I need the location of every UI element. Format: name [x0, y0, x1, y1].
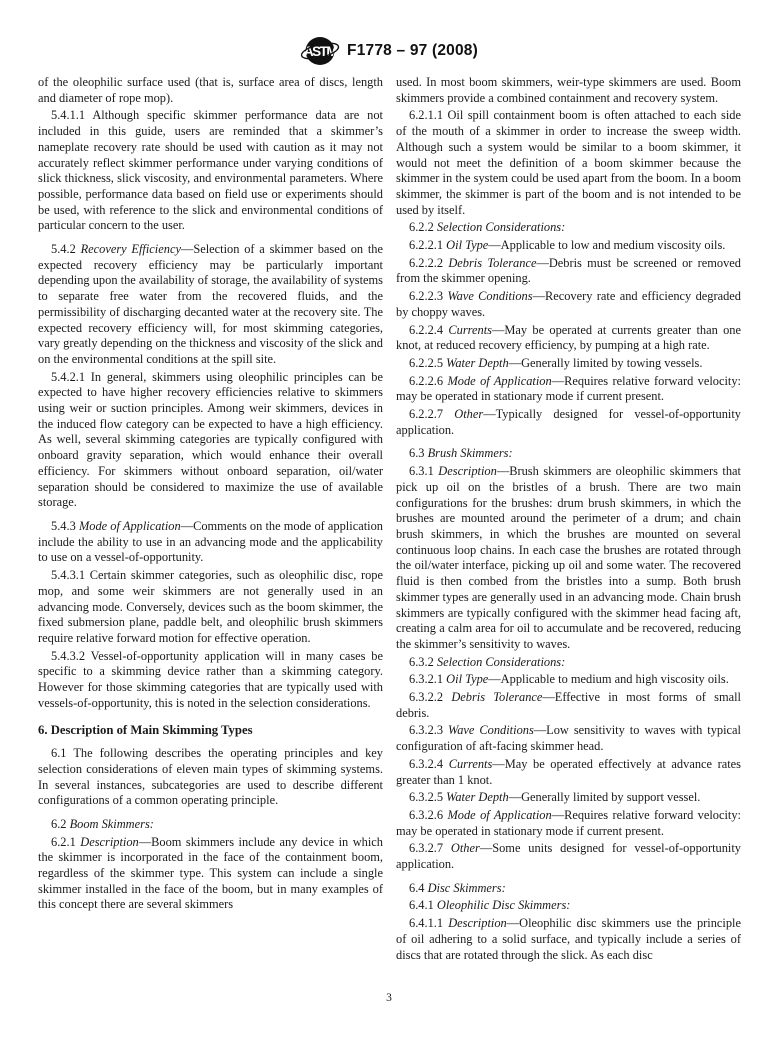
para-6-4-1-1: 6.4.1.1 Description—Oleophilic disc skim…: [396, 916, 741, 963]
heading-section-6: 6. Description of Main Skimming Types: [38, 723, 383, 739]
text-run: 6.2.1.1 Oil spill containment boom is of…: [396, 108, 741, 216]
para-6-4-1: 6.4.1 Oleophilic Disc Skimmers:: [396, 898, 741, 914]
para-6-3-2-1: 6.3.2.1 Oil Type—Applicable to medium an…: [396, 672, 741, 688]
text-run: —Selection of a skimmer based on the exp…: [38, 242, 383, 366]
text-run: 5.4.2.1 In general, skimmers using oleop…: [38, 370, 383, 510]
para-6-2-1: 6.2.1 Description—Boom skimmers include …: [38, 835, 383, 914]
standard-designation: F1778 – 97 (2008): [347, 42, 478, 60]
text-run: 5.4.1.1 Although specific skimmer perfor…: [38, 108, 383, 232]
text-run: 6.2.2.5: [409, 356, 446, 370]
text-run: of the oleophilic surface used (that is,…: [38, 75, 383, 105]
text-run: —Applicable to medium and high viscosity…: [488, 672, 729, 686]
para-6-2-2-6: 6.2.2.6 Mode of Application—Requires rel…: [396, 374, 741, 405]
text-run: 6.2.2.1: [409, 238, 446, 252]
term-italic: Recovery Efficiency: [81, 242, 181, 256]
term-italic: Other: [454, 407, 483, 421]
para-6-3-2-2: 6.3.2.2 Debris Tolerance—Effective in mo…: [396, 690, 741, 721]
term-italic: Mode of Application: [447, 808, 551, 822]
para-6-3-1: 6.3.1 Description—Brush skimmers are ole…: [396, 464, 741, 652]
term-italic: Oleophilic Disc Skimmers:: [437, 898, 571, 912]
text-run: —Applicable to low and medium viscosity …: [488, 238, 725, 252]
text-run: 6.3.2: [409, 655, 437, 669]
term-italic: Currents: [449, 757, 493, 771]
text-run: —Generally limited by support vessel.: [509, 790, 701, 804]
para-6-3-2-6: 6.3.2.6 Mode of Application—Requires rel…: [396, 808, 741, 839]
para-6-2-2-1: 6.2.2.1 Oil Type—Applicable to low and m…: [396, 238, 741, 254]
text-run: 6.3.2.4: [409, 757, 449, 771]
text-run: 6.2.2: [409, 220, 437, 234]
document-page: ASTM F1778 – 97 (2008) of the oleophilic…: [0, 0, 778, 1041]
term-italic: Other: [451, 841, 480, 855]
para-6-3-2-7: 6.3.2.7 Other—Some units designed for ve…: [396, 841, 741, 872]
text-run: 6.3.2.3: [409, 723, 448, 737]
text-run: 6.3: [409, 446, 428, 460]
text-run: 6.3.2.5: [409, 790, 446, 804]
para-5-4-3: 5.4.3 Mode of Application—Comments on th…: [38, 519, 383, 566]
text-run: 6.3.2.1: [409, 672, 446, 686]
para-6-4: 6.4 Disc Skimmers:: [396, 881, 741, 897]
text-run: 6.4: [409, 881, 428, 895]
text-run: 6.2.2.2: [409, 256, 448, 270]
para-6-3-2-3: 6.3.2.3 Wave Conditions—Low sensitivity …: [396, 723, 741, 754]
term-italic: Boom Skimmers:: [70, 817, 154, 831]
text-run: 6.2.2.7: [409, 407, 454, 421]
text-columns: of the oleophilic surface used (that is,…: [38, 75, 741, 963]
page-number: 3: [386, 992, 392, 1004]
term-italic: Mode of Application: [79, 519, 181, 533]
term-italic: Wave Conditions: [447, 289, 532, 303]
term-italic: Description: [448, 916, 507, 930]
para-6-2-2-4: 6.2.2.4 Currents—May be operated at curr…: [396, 323, 741, 354]
text-run: 6.2.2.6: [409, 374, 447, 388]
para-6-2-2-3: 6.2.2.3 Wave Conditions—Recovery rate an…: [396, 289, 741, 320]
para-5-4-3-2: 5.4.3.2 Vessel-of-opportunity applicatio…: [38, 649, 383, 712]
text-run: 6.2: [51, 817, 70, 831]
term-italic: Water Depth: [446, 790, 509, 804]
page-footer: 3: [0, 992, 778, 1004]
term-italic: Currents: [448, 323, 492, 337]
text-run: 6.1 The following describes the operatin…: [38, 746, 383, 807]
para-5-4-2-1: 5.4.2.1 In general, skimmers using oleop…: [38, 370, 383, 511]
text-run: 5.4.2: [51, 242, 81, 256]
para-6-2-2: 6.2.2 Selection Considerations:: [396, 220, 741, 236]
para-5-4-1-1: 5.4.1.1 Although specific skimmer perfor…: [38, 108, 383, 234]
para-6-3: 6.3 Brush Skimmers:: [396, 446, 741, 462]
term-italic: Water Depth: [446, 356, 509, 370]
text-run: 6.3.2.7: [409, 841, 451, 855]
text-run: 6.3.1: [409, 464, 438, 478]
para-6-2-2-5: 6.2.2.5 Water Depth—Generally limited by…: [396, 356, 741, 372]
term-italic: Description: [438, 464, 497, 478]
text-run: 6.3.2.2: [409, 690, 451, 704]
page-header: ASTM F1778 – 97 (2008): [0, 34, 778, 68]
para-6-2-2-2: 6.2.2.2 Debris Tolerance—Debris must be …: [396, 256, 741, 287]
text-run: 5.4.3.1 Certain skimmer categories, such…: [38, 568, 383, 645]
astm-logo-icon: ASTM: [300, 34, 340, 68]
term-italic: Brush Skimmers:: [428, 446, 513, 460]
text-run: 5.4.3.2 Vessel-of-opportunity applicatio…: [38, 649, 383, 710]
text-run: 6.3.2.6: [409, 808, 447, 822]
text-run: 6.4.1.1: [409, 916, 448, 930]
para-6-2: 6.2 Boom Skimmers:: [38, 817, 383, 833]
para-6-1: 6.1 The following describes the operatin…: [38, 746, 383, 809]
para-6-2-2-7: 6.2.2.7 Other—Typically designed for ves…: [396, 407, 741, 438]
para-6-2-1-1: 6.2.1.1 Oil spill containment boom is of…: [396, 108, 741, 218]
column-left: of the oleophilic surface used (that is,…: [38, 75, 383, 963]
para-5-4-3-1: 5.4.3.1 Certain skimmer categories, such…: [38, 568, 383, 647]
term-italic: Mode of Application: [447, 374, 551, 388]
text-run: 6.2.2.3: [409, 289, 447, 303]
term-italic: Wave Conditions: [448, 723, 534, 737]
text-run: used. In most boom skimmers, weir-type s…: [396, 75, 741, 105]
column-right: used. In most boom skimmers, weir-type s…: [396, 75, 741, 963]
term-italic: Disc Skimmers:: [428, 881, 506, 895]
text-run: —Brush skimmers are oleophilic skimmers …: [396, 464, 741, 651]
term-italic: Selection Considerations:: [437, 655, 565, 669]
term-italic: Oil Type: [446, 672, 488, 686]
para-6-3-2-5: 6.3.2.5 Water Depth—Generally limited by…: [396, 790, 741, 806]
term-italic: Debris Tolerance: [448, 256, 536, 270]
para-continuation-used: used. In most boom skimmers, weir-type s…: [396, 75, 741, 106]
svg-text:ASTM: ASTM: [304, 44, 338, 59]
text-run: 6.2.1: [51, 835, 80, 849]
text-run: 6. Description of Main Skimming Types: [38, 723, 253, 737]
term-italic: Selection Considerations:: [437, 220, 565, 234]
text-run: 6.4.1: [409, 898, 437, 912]
para-5-4-2: 5.4.2 Recovery Efficiency—Selection of a…: [38, 242, 383, 368]
term-italic: Oil Type: [446, 238, 488, 252]
para-6-3-2: 6.3.2 Selection Considerations:: [396, 655, 741, 671]
text-run: 6.2.2.4: [409, 323, 448, 337]
para-continuation-oleophilic: of the oleophilic surface used (that is,…: [38, 75, 383, 106]
term-italic: Description: [80, 835, 139, 849]
para-6-3-2-4: 6.3.2.4 Currents—May be operated effecti…: [396, 757, 741, 788]
text-run: 5.4.3: [51, 519, 79, 533]
text-run: —Generally limited by towing vessels.: [509, 356, 703, 370]
term-italic: Debris Tolerance: [451, 690, 542, 704]
